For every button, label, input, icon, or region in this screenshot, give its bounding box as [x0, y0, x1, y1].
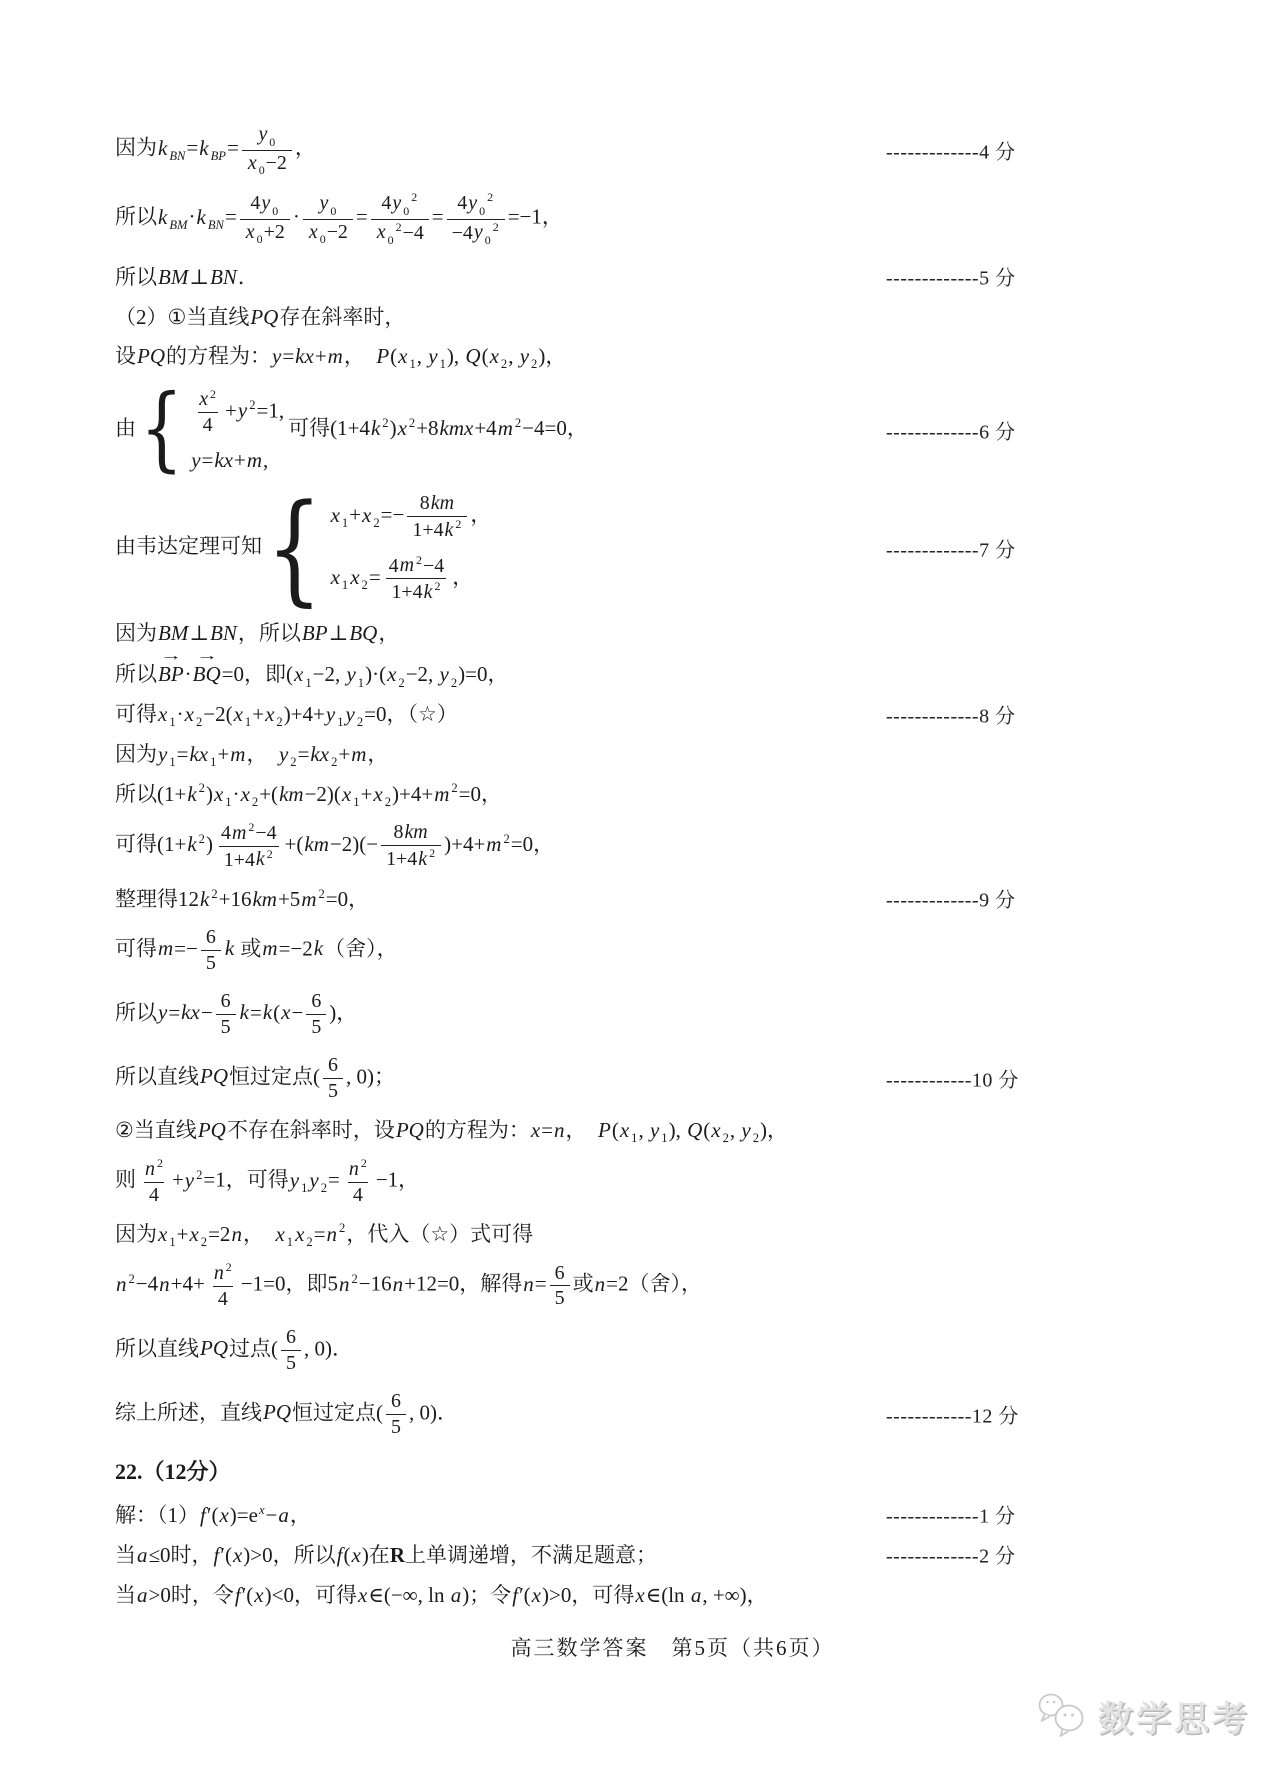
score-mark: -------------1 分 [886, 1500, 1016, 1529]
score-mark: ------------10 分 [886, 1064, 1019, 1093]
solution-line: 所以kBM·kBN=4y0x0+2·y0x0−2=4y02x02−4=4y02−… [0, 182, 1280, 256]
line-math: 设PQ的方程为：y=kx+m， P(x1, y1), Q(x2, y2)， [115, 340, 566, 373]
score-mark: -------------7 分 [886, 534, 1016, 563]
solution-line: 因为BM⊥BN，所以BP⊥BQ， [0, 612, 1280, 652]
solution-line: 综上所述，直线PQ恒过定点(65, 0)．------------12 分 [0, 1382, 1280, 1446]
solution-line: 所以直线PQ过点(65, 0)． [0, 1318, 1280, 1382]
solution-line: 所以y=kx−65k=k(x−65)， [0, 982, 1280, 1046]
line-math: 所以BP·BQ=0，即(x1−2, y1)·(x2−2, y2)=0， [115, 655, 509, 691]
line-math: 可得m=−65k 或m=−2k（舍）， [115, 925, 398, 976]
score-mark: -------------8 分 [886, 700, 1016, 729]
line-math: 因为BM⊥BN，所以BP⊥BQ， [115, 617, 399, 647]
score-mark: -------------6 分 [886, 416, 1016, 445]
solution-content: 因为kBN=kBP=y0x0−2，-------------4 分所以kBM·k… [0, 118, 1280, 1614]
line-math: n2−4n+4+n24−1=0，即5n2−16n+12=0，解得n=65或n=2… [115, 1260, 702, 1312]
line-math: 所以(1+k2)x1·x2+(km−2)(x1+x2)+4+m2=0， [115, 778, 502, 811]
score-mark: ------------12 分 [886, 1400, 1019, 1429]
line-math: 所以直线PQ过点(65, 0)． [115, 1325, 353, 1376]
page-footer: 高三数学答案 第5页（共6页） [0, 1632, 1280, 1662]
solution-line: 则n24+y2=1，可得y1y2=n24−1， [0, 1150, 1280, 1214]
line-math: 由{x24+y2=1,y=kx+m,可得(1+4k2)x2+8kmx+4m2−4… [115, 387, 588, 474]
line-math: 综上所述，直线PQ恒过定点(65, 0)． [115, 1389, 458, 1440]
line-math: 则n24+y2=1，可得y1y2=n24−1， [115, 1156, 419, 1208]
solution-line: 22.（12分） [0, 1446, 1280, 1494]
solution-line: 解：（1）f′(x)=ex−a，-------------1 分 [0, 1494, 1280, 1534]
line-math: 当a>0时，令f′(x)<0，可得x∈(−∞, ln a)；令f′(x)>0，可… [115, 1579, 768, 1609]
score-mark: -------------4 分 [886, 136, 1016, 165]
solution-line: 由{x24+y2=1,y=kx+m,可得(1+4k2)x2+8kmx+4m2−4… [0, 376, 1280, 484]
footer-text: 高三数学答案 第5页（共6页） [511, 1636, 835, 1660]
line-math: 因为x1+x2=2n， x1x2=n2，代入（☆）式可得 [115, 1218, 533, 1251]
solution-line: 可得x1·x2−2(x1+x2)+4+y1y2=0，（☆）-----------… [0, 694, 1280, 734]
line-math: 因为y1=kx1+m， y2=kx2+m， [115, 738, 388, 771]
solution-line: ②当直线PQ不存在斜率时，设PQ的方程为：x=n， P(x1, y1), Q(x… [0, 1110, 1280, 1150]
line-math: 解：（1）f′(x)=ex−a， [115, 1499, 311, 1529]
line-math: 所以BM⊥BN． [115, 261, 259, 291]
solution-line: n2−4n+4+n24−1=0，即5n2−16n+12=0，解得n=65或n=2… [0, 1254, 1280, 1318]
solution-line: 所以(1+k2)x1·x2+(km−2)(x1+x2)+4+m2=0， [0, 774, 1280, 814]
line-math: 整理得12k2+16km+5m2=0， [115, 883, 369, 913]
solution-line: 所以BP·BQ=0，即(x1−2, y1)·(x2−2, y2)=0， [0, 652, 1280, 694]
line-math: 22.（12分） [115, 1455, 231, 1486]
solution-line: 因为x1+x2=2n， x1x2=n2，代入（☆）式可得 [0, 1214, 1280, 1254]
score-mark: -------------5 分 [886, 262, 1016, 291]
solution-line: （2）①当直线PQ存在斜率时， [0, 296, 1280, 336]
line-math: 可得x1·x2−2(x1+x2)+4+y1y2=0，（☆） [115, 698, 458, 731]
line-math: 当a≤0时，f′(x)>0，所以f(x)在R上单调递增，不满足题意； [115, 1539, 657, 1569]
solution-line: 所以BM⊥BN．-------------5 分 [0, 256, 1280, 296]
solution-line: 设PQ的方程为：y=kx+m， P(x1, y1), Q(x2, y2)， [0, 336, 1280, 376]
solution-line: 由韦达定理可知{x1+x2=−8km1+4k2，x1x2=4m2−41+4k2，… [0, 484, 1280, 612]
solution-line: 当a>0时，令f′(x)<0，可得x∈(−∞, ln a)；令f′(x)>0，可… [0, 1574, 1280, 1614]
watermark-text: 数学思考 [1098, 1692, 1250, 1742]
line-math: ②当直线PQ不存在斜率时，设PQ的方程为：x=n， P(x1, y1), Q(x… [115, 1114, 788, 1147]
exam-answer-page: 因为kBN=kBP=y0x0−2，-------------4 分所以kBM·k… [0, 0, 1280, 1771]
watermark: 数学思考 [1036, 1690, 1250, 1743]
solution-line: 因为kBN=kBP=y0x0−2，-------------4 分 [0, 118, 1280, 182]
score-mark: -------------9 分 [886, 884, 1016, 913]
line-math: 由韦达定理可知{x1+x2=−8km1+4k2，x1x2=4m2−41+4k2， [115, 491, 495, 605]
line-math: （2）①当直线PQ存在斜率时， [115, 301, 405, 331]
solution-line: 当a≤0时，f′(x)>0，所以f(x)在R上单调递增，不满足题意；------… [0, 1534, 1280, 1574]
solution-line: 可得(1+k2)4m2−41+4k2+(km−2)(−8km1+4k2)+4+m… [0, 814, 1280, 878]
line-math: 可得(1+k2)4m2−41+4k2+(km−2)(−8km1+4k2)+4+m… [115, 820, 554, 872]
line-math: 因为kBN=kBP=y0x0−2， [115, 122, 316, 178]
solution-line: 所以直线PQ恒过定点(65, 0)；------------10 分 [0, 1046, 1280, 1110]
solution-line: 可得m=−65k 或m=−2k（舍）， [0, 918, 1280, 982]
solution-line: 整理得12k2+16km+5m2=0，-------------9 分 [0, 878, 1280, 918]
line-math: 所以直线PQ恒过定点(65, 0)； [115, 1053, 395, 1104]
line-math: 所以y=kx−65k=k(x−65)， [115, 989, 357, 1040]
solution-line: 因为y1=kx1+m， y2=kx2+m， [0, 734, 1280, 774]
score-mark: -------------2 分 [886, 1540, 1016, 1569]
wechat-icon [1036, 1690, 1090, 1743]
line-math: 所以kBM·kBN=4y0x0+2·y0x0−2=4y02x02−4=4y02−… [115, 190, 563, 247]
